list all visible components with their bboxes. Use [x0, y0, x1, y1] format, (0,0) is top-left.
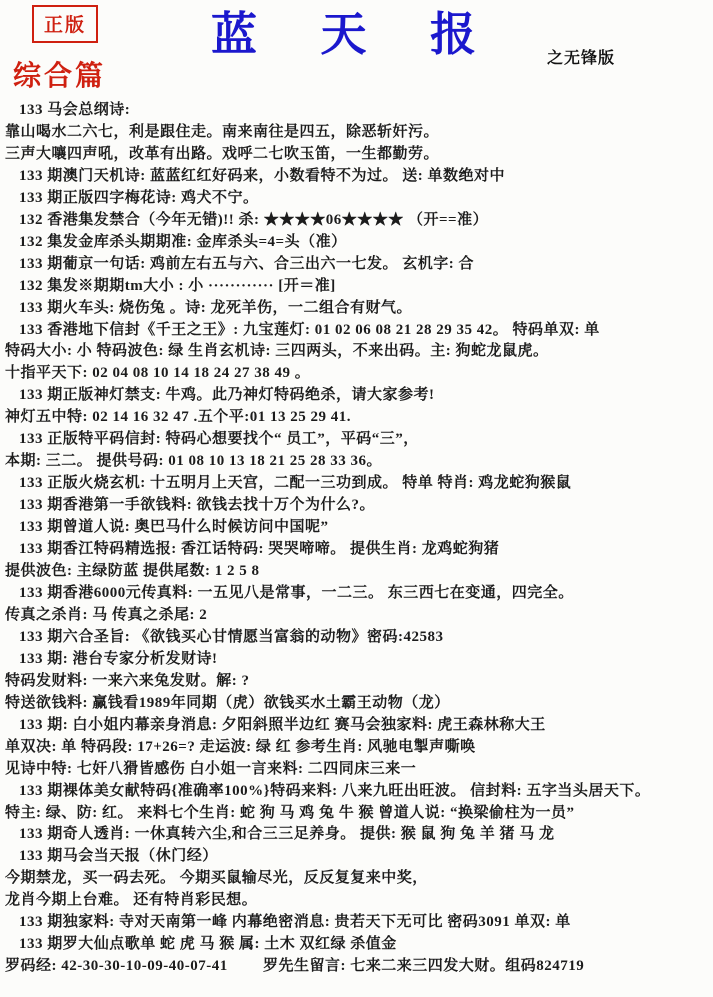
text-line: 133 期独家料: 寺对天南第一峰 内幕绝密消息: 贵若天下无可比 密码3091… — [0, 912, 713, 934]
newspaper-page: 正版 蓝 天 报 之无锋版 综合篇 133 马会总纲诗:靠山喝水二六七，利是跟住… — [0, 0, 713, 997]
section-title: 综合篇 — [13, 54, 106, 94]
text-line: 133 期奇人透肖: 一休真转六尘,和合三三足养身。 提供: 猴 鼠 狗 兔 羊… — [0, 824, 713, 846]
text-line: 132 香港集发禁合（今年无错)!! 杀: ★★★★06★★★★ （开==准） — [0, 210, 713, 232]
text-line: 特主: 绿、防: 红。 来料七个生肖: 蛇 狗 马 鸡 兔 牛 猴 曾道人说: … — [0, 803, 713, 825]
text-line: 特码发财料: 一来六来兔发财。解: ? — [0, 671, 713, 693]
text-line: 靠山喝水二六七，利是跟住走。南来南往是四五，除恶斩奸污。 — [0, 122, 713, 144]
text-line: 133 期正版四字梅花诗: 鸡犬不宁。 — [0, 188, 713, 210]
text-line: 特码大小: 小 特码波色: 绿 生肖玄机诗: 三四两头，不来出码。主: 狗蛇龙鼠… — [0, 341, 713, 363]
text-line: 133 期香江特码精选报: 香江话特码: 哭哭啼啼。 提供生肖: 龙鸡蛇狗猪 — [0, 539, 713, 561]
text-line: 罗码经: 42-30-30-10-09-40-07-41 罗先生留言: 七来二来… — [0, 956, 713, 978]
text-line: 三声大嚷四声吼，改革有出路。戏呼二七吹玉笛，一生都勤劳。 — [0, 144, 713, 166]
text-line: 133 期正版神灯禁支: 牛鸡。此乃神灯特码绝杀，请大家参考! — [0, 385, 713, 407]
text-line: 特送欲钱料: 赢钱看1989年同期（虎）欲钱买水土霸王动物（龙） — [0, 693, 713, 715]
text-line: 龙肖今期上台难。 还有特肖彩民想。 — [0, 890, 713, 912]
text-line: 132 集发※期期tm大小 : 小 ············ [开＝准] — [0, 276, 713, 298]
text-line: 133 正版火烧玄机: 十五明月上天宫，二配一三功到成。 特单 特肖: 鸡龙蛇狗… — [0, 473, 713, 495]
text-line: 133 期火车头: 烧伤兔 。诗: 龙死羊伤，一二组合有财气。 — [0, 298, 713, 320]
text-line: 133 期: 港台专家分析发财诗! — [0, 649, 713, 671]
text-line: 提供波色: 主绿防蓝 提供尾数: 1 2 5 8 — [0, 561, 713, 583]
edition-label: 之无锋版 — [547, 45, 615, 68]
text-line: 133 香港地下信封《千王之王》: 九宝莲灯: 01 02 06 08 21 2… — [0, 320, 713, 342]
text-line: 神灯五中特: 02 14 16 32 47 .五个平:01 13 25 29 4… — [0, 407, 713, 429]
text-line: 133 期六合圣旨: 《欲钱买心甘情愿当富翁的动物》密码:42583 — [0, 627, 713, 649]
text-line: 133 期曾道人说: 奥巴马什么时候访问中国呢” — [0, 517, 713, 539]
body-lines: 133 马会总纲诗:靠山喝水二六七，利是跟住走。南来南往是四五，除恶斩奸污。三声… — [0, 100, 713, 978]
text-line: 见诗中特: 七奸八猾皆感伤 白小姐一言来料: 二四同床三来一 — [0, 759, 713, 781]
text-line: 133 期葡京一句话: 鸡前左右五与六、合三出六一七发。 玄机字: 合 — [0, 254, 713, 276]
text-line: 133 正版特平码信封: 特码心想要找个“ 员工”，平码“三”， — [0, 429, 713, 451]
text-line: 十指平天下: 02 04 08 10 14 18 24 27 38 49 。 — [0, 363, 713, 385]
text-line: 133 期香港6000元传真料: 一五见八是常事，一二三。 东三西七在变通，四完… — [0, 583, 713, 605]
text-line: 今期禁龙，买一码去死。 今期买鼠输尽光，反反复复来中奖， — [0, 868, 713, 890]
text-line: 133 期马会当天报（休门经） — [0, 846, 713, 868]
text-line: 133 期澳门天机诗: 蓝蓝红红好码来，小数看特不为过。 送: 单数绝对中 — [0, 166, 713, 188]
text-line: 133 期香港第一手欲钱料: 欲钱去找十万个为什么?。 — [0, 495, 713, 517]
text-line: 133 马会总纲诗: — [0, 100, 713, 122]
text-line: 133 期裸体美女献特码{准确率100%}特码来料: 八来九旺出旺波。 信封料:… — [0, 781, 713, 803]
text-line: 传真之杀肖: 马 传真之杀尾: 2 — [0, 605, 713, 627]
text-line: 133 期: 白小姐内幕亲身消息: 夕阳斜照半边红 赛马会独家料: 虎王森林称大… — [0, 715, 713, 737]
text-line: 133 期罗大仙点歌单 蛇 虎 马 猴 属: 土木 双红绿 杀值金 — [0, 934, 713, 956]
text-line: 单双决: 单 特码段: 17+26=? 走运波: 绿 红 参考生肖: 风驰电掣声… — [0, 737, 713, 759]
text-line: 本期: 三二。 提供号码: 01 08 10 13 18 21 25 28 33… — [0, 451, 713, 473]
text-line: 132 集发金库杀头期期准: 金库杀头=4=头（准） — [0, 232, 713, 254]
